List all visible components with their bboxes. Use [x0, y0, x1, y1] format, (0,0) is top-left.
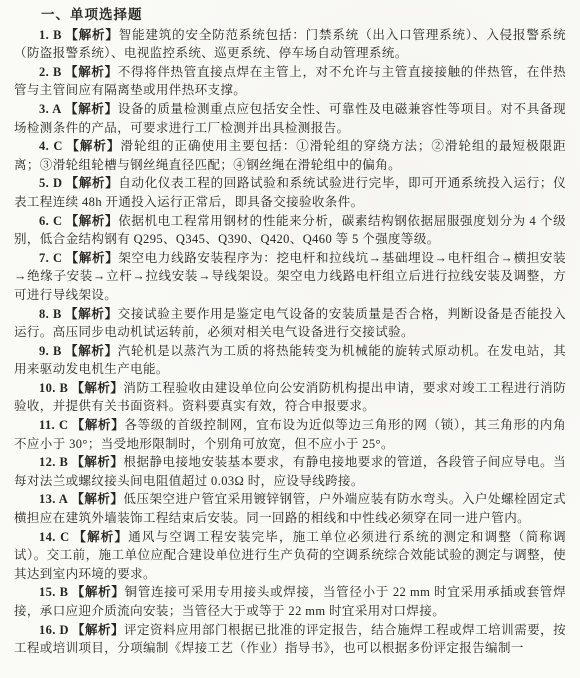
analysis-marker: 【解析】	[71, 381, 123, 395]
analysis-marker: 【解析】	[65, 214, 118, 228]
item-number-answer: 1. B	[39, 28, 62, 42]
analysis-marker: 【解析】	[72, 623, 124, 637]
answer-item-15: 15. B【解析】铜管连接可采用专用接头或焊接，当管径小于 22 mm 时宜采用…	[14, 583, 566, 620]
item-number-answer: 7. C	[39, 251, 62, 265]
answer-item-5: 5. D【解析】自动化仪表工程的回路试验和系统试验进行完毕，即可开通系统投入运行…	[14, 174, 566, 211]
item-number-answer: 6. C	[39, 214, 62, 228]
item-number-answer: 14. C	[39, 530, 70, 544]
analysis-marker: 【解析】	[71, 455, 123, 469]
answer-item-4: 4. C【解析】滑轮组的正确使用主要包括：①滑轮组的穿绕方法；②滑轮组的最短极限…	[14, 137, 566, 174]
answer-item-7: 7. C【解析】架空电力线路安装程序为：挖电杆和拉线坑→基础埋设→电杆组合→横担…	[14, 249, 566, 305]
answer-item-2: 2. B【解析】不得将伴热管直接点焊在主管上，对不允许与主管直接接触的伴热管，在…	[14, 63, 566, 100]
answer-item-6: 6. C【解析】依据机电工程常用钢材的性能来分析，碳素结构钢依据屈服强度划分为 …	[14, 212, 566, 249]
item-number-answer: 12. B	[39, 455, 68, 469]
item-number-answer: 13. A	[39, 492, 68, 506]
item-number-answer: 5. D	[39, 176, 62, 190]
item-number-answer: 2. B	[39, 65, 62, 79]
answer-item-12: 12. B【解析】根据静电接地安装基本要求，有静电接地要求的管道，各段管子间应导…	[14, 453, 566, 490]
answer-item-10: 10. B【解析】消防工程验收由建设单位向公安消防机构提出申请，要求对竣工工程进…	[14, 379, 566, 416]
item-number-answer: 4. C	[39, 139, 63, 153]
analysis-marker: 【解析】	[71, 492, 123, 506]
answer-item-1: 1. B【解析】智能建筑的安全防范系统包括：门禁系统（出入口管理系统）、入侵报警…	[14, 26, 566, 63]
analysis-marker: 【解析】	[65, 28, 119, 42]
analysis-marker: 【解析】	[65, 307, 118, 321]
answer-item-3: 3. A【解析】设备的质量检测重点应包括安全性、可靠性及电磁兼容性等项目。对不具…	[14, 100, 566, 137]
analysis-marker: 【解析】	[71, 418, 124, 432]
item-number-answer: 3. A	[39, 102, 62, 116]
answer-item-9: 9. B【解析】汽轮机是以蒸汽为工质的将热能转变为机械能的旋转式原动机。在发电站…	[14, 342, 566, 379]
section-title: 一、单项选择题	[14, 6, 566, 25]
analysis-marker: 【解析】	[73, 530, 129, 544]
item-number-answer: 15. B	[39, 585, 68, 599]
analysis-marker: 【解析】	[65, 251, 118, 265]
answer-item-11: 11. C【解析】各等级的首级控制网，宜布设为近似等边三角形的网（锁），其三角形…	[14, 416, 566, 453]
analysis-marker: 【解析】	[65, 344, 118, 358]
analysis-marker: 【解析】	[65, 65, 118, 79]
item-number-answer: 16. D	[39, 623, 69, 637]
document-page: 一、单项选择题 1. B【解析】智能建筑的安全防范系统包括：门禁系统（出入口管理…	[0, 0, 580, 678]
analysis-marker: 【解析】	[65, 102, 118, 116]
answer-item-8: 8. B【解析】交接试验主要作用是鉴定电气设备的安装质量是否合格，判断设备是否能…	[14, 305, 566, 342]
item-number-answer: 8. B	[39, 307, 62, 321]
analysis-marker: 【解析】	[65, 176, 118, 190]
answer-item-14: 14. C【解析】通风与空调工程安装完毕，施工单位必须进行系统的测定和调整（简称…	[14, 528, 566, 584]
analysis-marker: 【解析】	[66, 139, 121, 153]
item-number-answer: 9. B	[39, 344, 62, 358]
item-number-answer: 11. C	[39, 418, 68, 432]
analysis-marker: 【解析】	[71, 585, 124, 599]
answer-item-13: 13. A【解析】低压架空进户管宜采用镀锌钢管，户外端应装有防水弯头。入户处螺栓…	[14, 490, 566, 527]
answer-item-16: 16. D【解析】评定资料应用部门根据已批准的评定报告，结合施焊工程或焊工培训需…	[14, 621, 566, 658]
item-number-answer: 10. B	[39, 381, 68, 395]
